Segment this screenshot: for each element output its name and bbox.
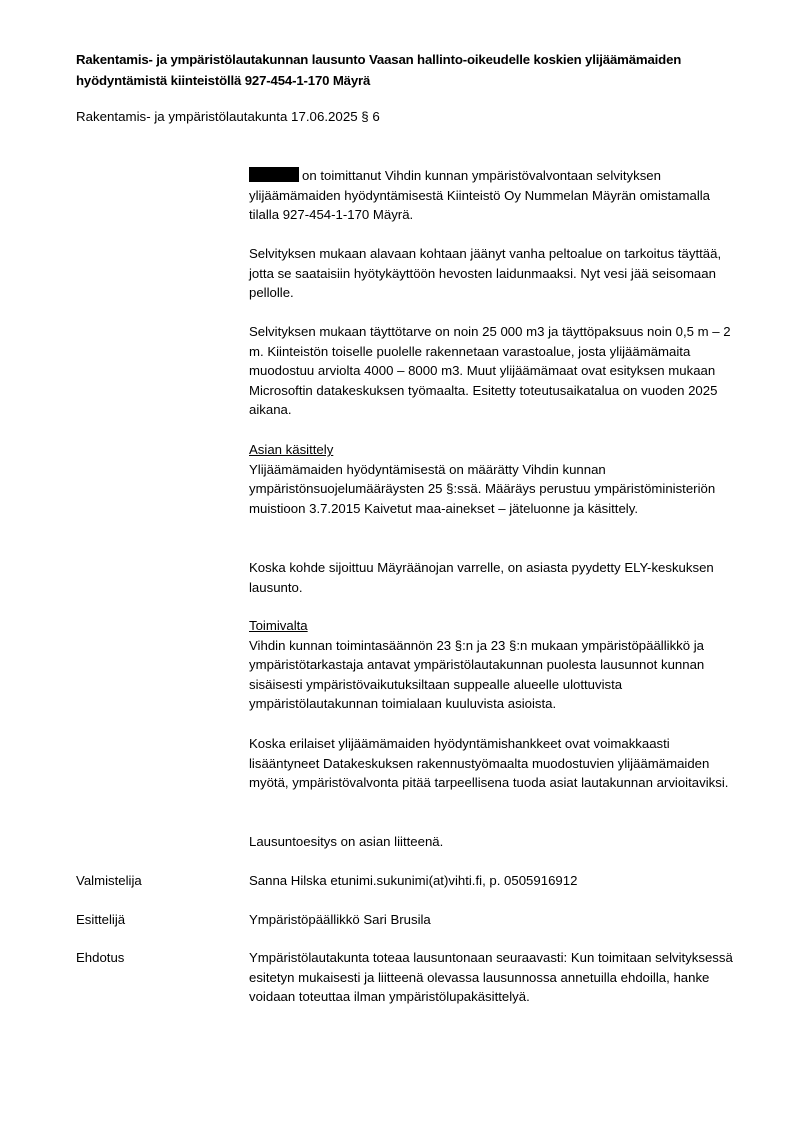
label-valmistelija: Valmistelija <box>76 871 142 891</box>
label-ehdotus: Ehdotus <box>76 948 124 968</box>
paragraph-intro: on toimittanut Vihdin kunnan ympäristöva… <box>249 166 739 225</box>
paragraph-attachment: Lausuntoesitys on asian liitteenä. <box>249 832 739 852</box>
heading-toimivalta: Toimivalta <box>249 616 739 636</box>
value-ehdotus: Ympäristölautakunta toteaa lausuntonaan … <box>249 948 739 1007</box>
redacted-name <box>249 167 299 182</box>
label-esittelija: Esittelijä <box>76 910 125 930</box>
paragraph-volume: Selvityksen mukaan täyttötarve on noin 2… <box>249 322 739 420</box>
paragraph-purpose: Selvityksen mukaan alavaan kohtaan jääny… <box>249 244 739 303</box>
body-section: on toimittanut Vihdin kunnan ympäristöva… <box>249 166 739 225</box>
document-title: Rakentamis- ja ympäristölautakunnan laus… <box>76 49 756 91</box>
heading-asian-kasittely: Asian käsittely <box>249 440 739 460</box>
paragraph-authority: Vihdin kunnan toimintasäännön 23 §:n ja … <box>249 636 739 714</box>
meeting-line: Rakentamis- ja ympäristölautakunta 17.06… <box>76 108 380 126</box>
paragraph-regulation: Ylijäämämaiden hyödyntämisestä on määrät… <box>249 460 739 519</box>
value-esittelija: Ympäristöpäällikkö Sari Brusila <box>249 910 739 930</box>
section-handling: Asian käsittely Ylijäämämaiden hyödyntäm… <box>249 440 739 518</box>
paragraph-ely: Koska kohde sijoittuu Mäyräänojan varrel… <box>249 558 739 597</box>
paragraph-reason: Koska erilaiset ylijäämämaiden hyödyntäm… <box>249 734 739 793</box>
value-valmistelija: Sanna Hilska etunimi.sukunimi(at)vihti.f… <box>249 871 739 891</box>
section-authority: Toimivalta Vihdin kunnan toimintasäännön… <box>249 616 739 714</box>
